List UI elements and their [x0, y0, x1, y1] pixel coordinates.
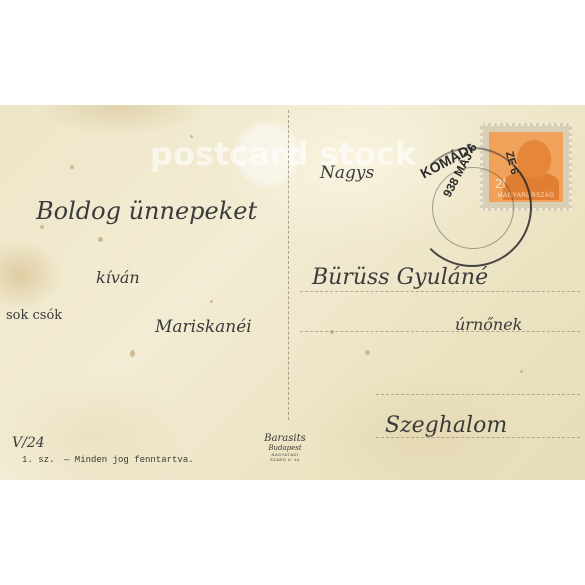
- address-line: [300, 291, 580, 292]
- publisher-city: Budapest: [255, 444, 315, 452]
- message-line-3: sok csók: [6, 308, 62, 323]
- address-line: [376, 394, 580, 395]
- postcard: postcard stock Boldog ünnepeket kíván so…: [0, 105, 585, 480]
- address-salutation: Nagys: [320, 163, 374, 183]
- print-number: 1. sz.: [22, 455, 54, 465]
- stain-speck: [130, 350, 135, 357]
- print-rights: — Minden jog fenntartva.: [64, 455, 194, 465]
- divider-line: [288, 110, 289, 420]
- stain-speck: [520, 370, 523, 373]
- message-line-2: kíván: [96, 268, 140, 287]
- address-name: Bürüss Gyuláné: [312, 265, 488, 290]
- postmark-inner-ring: [432, 167, 514, 249]
- publisher-logo: Barasits Budapest NAGYATÁDI SZABÓ U. 44: [255, 433, 315, 462]
- stain-speck: [40, 225, 44, 229]
- address-town: Szeghalom: [385, 413, 507, 438]
- address-line: [300, 331, 580, 332]
- stain-speck: [365, 350, 370, 355]
- address-title: úrnőnek: [455, 315, 522, 334]
- pencil-note: V/24: [12, 435, 45, 451]
- publisher-line-2: SZABÓ U. 44: [255, 457, 315, 462]
- stamp-portrait-head: [517, 140, 551, 178]
- stain-speck: [98, 237, 103, 242]
- stain-speck: [210, 300, 213, 303]
- watermark: postcard stock: [150, 135, 430, 173]
- message-line-1: Boldog ünnepeket: [36, 197, 257, 225]
- signature: Mariskanéi: [155, 317, 252, 337]
- stain-speck: [70, 165, 74, 169]
- publisher-name: Barasits: [255, 433, 315, 444]
